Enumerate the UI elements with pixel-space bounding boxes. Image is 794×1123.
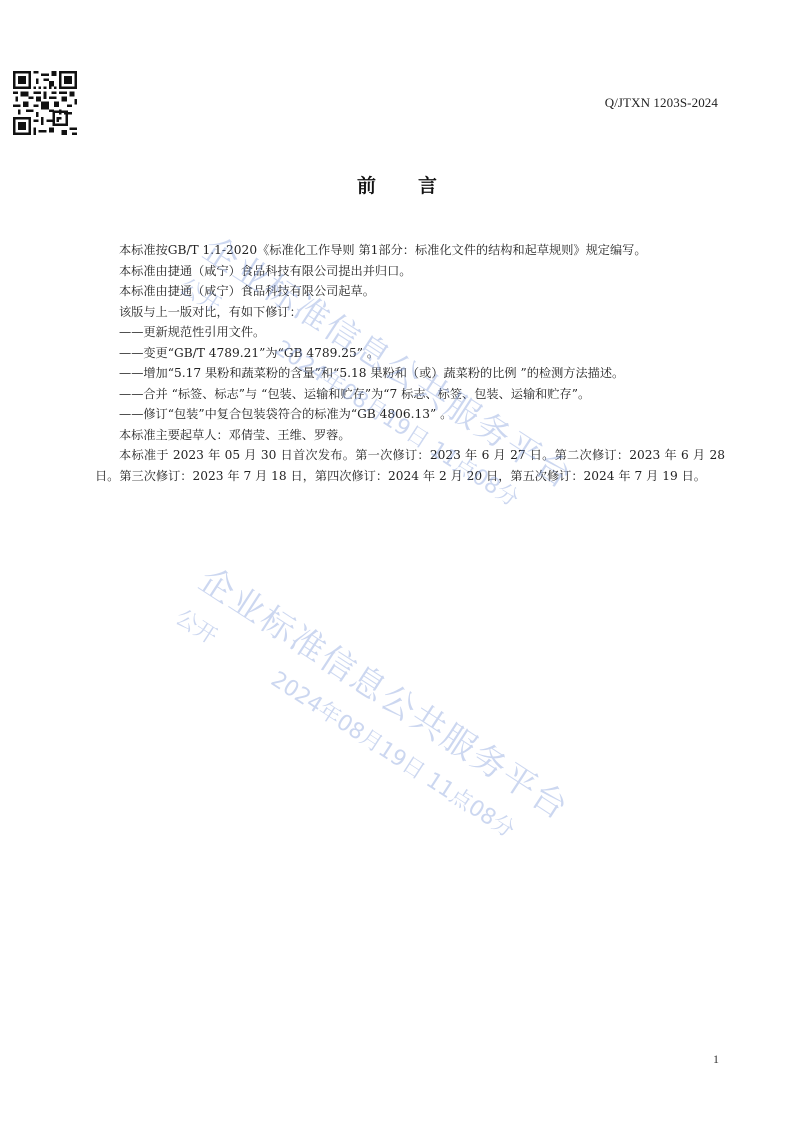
paragraph-revision-intro: 该版与上一版对比，有如下修订：: [95, 302, 725, 323]
foreword-body: 本标准按GB/T 1.1-2020《标准化工作导则 第1部分：标准化文件的结构和…: [95, 240, 725, 486]
title-char-1: 前: [357, 175, 376, 197]
paragraph-proposer: 本标准由捷通（咸宁）食品科技有限公司提出并归口。: [95, 261, 725, 282]
watermark-status: 公开: [171, 605, 222, 650]
watermark-platform: 企业标准信息公共服务平台: [191, 553, 580, 829]
title-char-2: 言: [418, 175, 437, 197]
qr-code-icon: [13, 71, 77, 135]
revision-item: ——变更“GB/T 4789.21”为“GB 4789.25” 。: [95, 343, 725, 364]
page-title: 前言: [0, 171, 794, 198]
revision-item: ——更新规范性引用文件。: [95, 322, 725, 343]
paragraph-drafter-org: 本标准由捷通（咸宁）食品科技有限公司起草。: [95, 281, 725, 302]
revision-item: ——修订“包装”中复合包装袋符合的标准为“GB 4806.13” 。: [95, 404, 725, 425]
page-number: 1: [713, 1052, 719, 1067]
watermark-lower: 企业标准信息公共服务平台 公开2024年08月19日 11点08分: [170, 553, 580, 862]
revision-item: ——增加“5.17 果粉和蔬菜粉的含量”和“5.18 果粉和（或）蔬菜粉的比例 …: [95, 363, 725, 384]
revision-item: ——合并 “标签、标志”与 “包装、运输和贮存”为“7 标志、标签、包装、运输和…: [95, 384, 725, 405]
standard-code: Q/JTXN 1203S-2024: [605, 95, 718, 111]
paragraph-drafting-rules: 本标准按GB/T 1.1-2020《标准化工作导则 第1部分：标准化文件的结构和…: [95, 240, 725, 261]
paragraph-drafters: 本标准主要起草人：邓倩莹、王维、罗蓉。: [95, 425, 725, 446]
paragraph-publication-history: 本标准于 2023 年 05 月 30 日首次发布。第一次修订：2023 年 6…: [95, 445, 725, 486]
watermark-timestamp: 2024年08月19日 11点08分: [266, 667, 519, 843]
